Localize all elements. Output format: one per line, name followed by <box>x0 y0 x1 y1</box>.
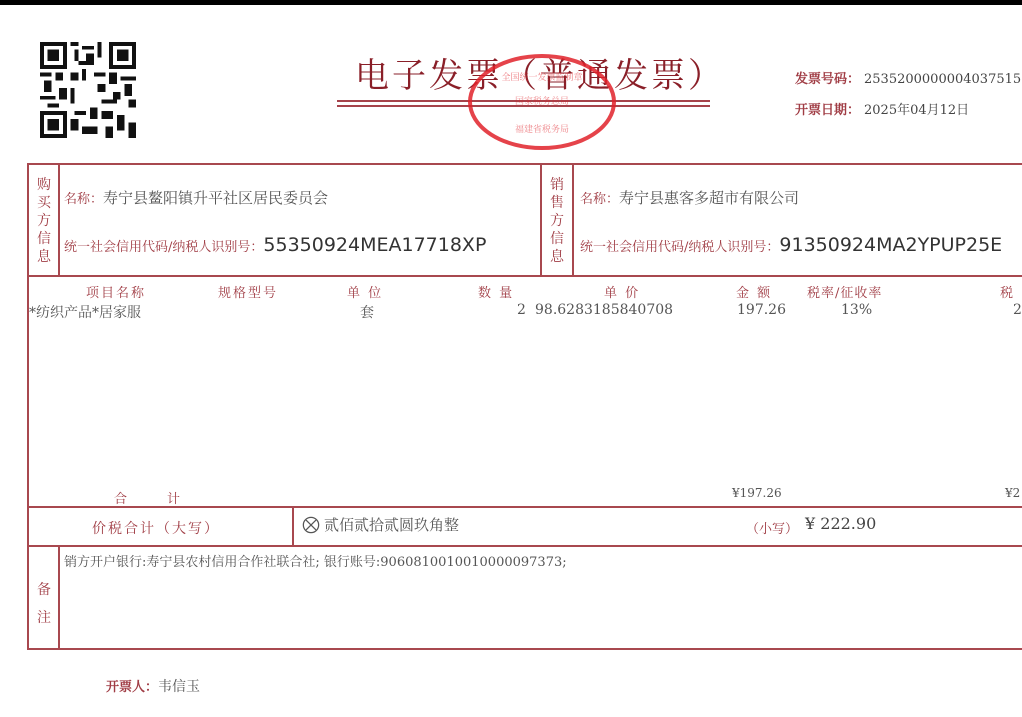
divider <box>572 163 574 276</box>
issuer: 开票人：韦信玉 <box>106 676 200 696</box>
header-price: 单 价 <box>604 282 640 301</box>
divider <box>58 545 60 650</box>
item-qty: 2 <box>517 302 526 318</box>
header-amount: 金 额 <box>736 282 772 301</box>
issuer-label: 开票人： <box>106 680 158 695</box>
issue-date: 开票日期：2025年04月12日 <box>795 99 969 118</box>
buyer-side-label: 购买方信息 <box>30 176 58 266</box>
divider <box>27 506 1022 508</box>
buyer-tax-id: 统一社会信用代码/纳税人识别号：55350924MEA17718XP <box>64 234 486 256</box>
header-tax: 税 <box>1000 282 1015 301</box>
total-in-words-label: 价税合计（大写） <box>92 518 220 538</box>
remarks-side-label: 备注 <box>30 576 58 632</box>
invoice-number: 发票号码：25352000000040375156 <box>795 68 1022 87</box>
header-spec: 规格型号 <box>218 282 278 301</box>
invoice-number-value: 25352000000040375156 <box>864 72 1022 87</box>
issue-date-value: 2025年04月12日 <box>864 103 969 118</box>
divider <box>540 163 542 276</box>
svg-text:福建省税务局: 福建省税务局 <box>515 123 569 135</box>
divider <box>292 506 294 546</box>
qr-code <box>38 42 138 138</box>
header-unit: 单 位 <box>347 282 383 301</box>
remarks-text: 销方开户银行:寿宁县农村信用合作社联合社; 银行账号:9060810010010… <box>64 551 567 570</box>
total-amount: ¥197.26 <box>732 486 782 500</box>
issuer-name: 韦信玉 <box>158 679 200 695</box>
total-tax: ¥2 <box>1005 486 1020 500</box>
invoice-number-label: 发票号码： <box>795 72 860 87</box>
item-amount: 197.26 <box>737 302 786 318</box>
item-price: 98.6283185840708 <box>535 302 673 318</box>
svg-text:国家税务总局: 国家税务总局 <box>515 95 569 107</box>
item-tax: 2 <box>1013 302 1022 318</box>
header-item-name: 项目名称 <box>86 282 146 301</box>
item-tax-rate: 13% <box>841 302 872 318</box>
seller-name: 名称：寿宁县惠客多超市有限公司 <box>580 187 799 208</box>
item-name: *纺织产品*居家服 <box>29 302 141 322</box>
total-label: 合计 <box>114 488 220 507</box>
divider <box>27 275 1022 277</box>
total-in-figures: ¥ 222.90 <box>805 514 876 533</box>
svg-text:全国统一发票监制章: 全国统一发票监制章 <box>501 71 582 83</box>
issue-date-label: 开票日期： <box>795 103 860 118</box>
buyer-name: 名称：寿宁县鳌阳镇升平社区居民委员会 <box>64 187 328 208</box>
seller-side-label: 销售方信息 <box>543 176 571 266</box>
header-tax-rate: 税率/征收率 <box>807 282 882 301</box>
divider <box>58 163 60 276</box>
total-in-words: 贰佰贰拾贰圆玖角整 <box>302 514 459 535</box>
seller-tax-id: 统一社会信用代码/纳税人识别号：91350924MA2YPUP25E <box>580 234 1002 256</box>
top-bar <box>0 0 1022 5</box>
cross-circle-icon <box>302 516 320 534</box>
header-qty: 数 量 <box>478 282 514 301</box>
item-unit: 套 <box>360 302 374 322</box>
official-seal: 全国统一发票监制章 国家税务总局 福建省税务局 <box>466 52 618 152</box>
divider <box>27 545 1022 547</box>
total-in-figures-label: （小写） <box>746 518 798 537</box>
